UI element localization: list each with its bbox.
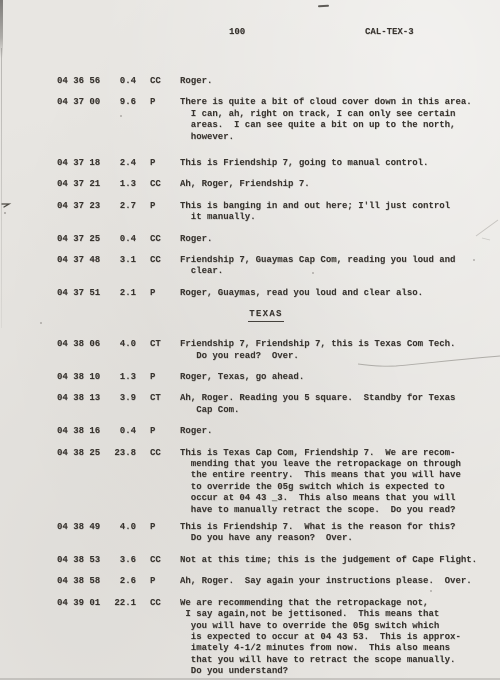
entry-time: 04 38 13 bbox=[57, 393, 107, 416]
entry-duration: 23.8 bbox=[107, 448, 136, 516]
entry-speaker: P bbox=[150, 288, 180, 299]
document-reference: CAL-TEX-3 bbox=[365, 27, 414, 38]
entry-speaker: P bbox=[150, 201, 180, 224]
pen-check-mark bbox=[0, 198, 14, 220]
section-heading-label: TEXAS bbox=[248, 309, 284, 322]
entry-time: 04 38 49 bbox=[57, 522, 107, 545]
transcript-entry: 04 38 10 1.3 P Roger, Texas, go ahead. bbox=[57, 372, 487, 383]
entry-text: Ah, Roger. Say again your instructions p… bbox=[180, 576, 487, 587]
entry-time: 04 37 21 bbox=[57, 179, 107, 190]
entry-speaker: P bbox=[150, 426, 180, 437]
transcript-entry: 04 37 51 2.1 P Roger, Guaymas, read you … bbox=[57, 288, 487, 299]
entry-speaker: P bbox=[150, 576, 180, 587]
entry-duration: 2.4 bbox=[107, 158, 136, 169]
entry-text: Not at this time; this is the judgement … bbox=[180, 555, 487, 566]
entry-speaker: CC bbox=[150, 448, 180, 516]
transcript-entry: 04 38 16 0.4 P Roger. bbox=[57, 426, 487, 437]
entry-text: Roger, Guaymas, read you loud and clear … bbox=[180, 288, 487, 299]
entry-duration: 0.4 bbox=[107, 76, 136, 87]
entry-time: 04 38 58 bbox=[57, 576, 107, 587]
entry-time: 04 37 51 bbox=[57, 288, 107, 299]
entry-time: 04 39 01 bbox=[57, 598, 107, 678]
entry-duration: 2.6 bbox=[107, 576, 136, 587]
transcript-entry: 04 38 58 2.6 P Ah, Roger. Say again your… bbox=[57, 576, 487, 587]
entry-text: Friendship 7, Friendship 7, this is Texa… bbox=[180, 339, 487, 362]
entry-time: 04 38 06 bbox=[57, 339, 107, 362]
transcript-entry: 04 36 56 0.4 CC Roger. bbox=[57, 76, 487, 87]
entry-text: This is banging in and out here; I'll ju… bbox=[180, 201, 487, 224]
scan-edge-shadow bbox=[0, 0, 3, 58]
entry-text: Roger. bbox=[180, 76, 487, 87]
transcript-entry: 04 37 25 0.4 CC Roger. bbox=[57, 234, 487, 245]
entry-duration: 2.7 bbox=[107, 201, 136, 224]
entry-duration: 0.4 bbox=[107, 426, 136, 437]
entry-speaker: CT bbox=[150, 339, 180, 362]
transcript-entry: 04 37 21 1.3 CC Ah, Roger, Friendship 7. bbox=[57, 179, 487, 190]
entry-speaker: CC bbox=[150, 76, 180, 87]
entry-text: We are recommending that the retropackag… bbox=[180, 598, 487, 678]
entry-time: 04 37 23 bbox=[57, 201, 107, 224]
transcript-entry: 04 37 48 3.1 CC Friendship 7, Guaymas Ca… bbox=[57, 255, 487, 278]
entry-time: 04 36 56 bbox=[57, 76, 107, 87]
entry-speaker: CC bbox=[150, 255, 180, 278]
transcript-entry: 04 38 25 23.8 CC This is Texas Cap Com, … bbox=[57, 448, 487, 516]
entry-duration: 22.1 bbox=[107, 598, 136, 678]
transcript-entry: 04 38 53 3.6 CC Not at this time; this i… bbox=[57, 555, 487, 566]
page-number: 100 bbox=[229, 27, 245, 38]
entry-duration: 4.0 bbox=[107, 339, 136, 362]
entry-text: Ah, Roger. Reading you 5 square. Standby… bbox=[180, 393, 487, 416]
transcript-entry: 04 38 49 4.0 P This is Friendship 7. Wha… bbox=[57, 522, 487, 545]
pen-dash-mark bbox=[318, 5, 329, 8]
entry-text: Friendship 7, Guaymas Cap Com, reading y… bbox=[180, 255, 487, 278]
entry-text: Ah, Roger, Friendship 7. bbox=[180, 179, 487, 190]
transcript-entry: 04 37 18 2.4 P This is Friendship 7, goi… bbox=[57, 158, 487, 169]
entry-speaker: CT bbox=[150, 393, 180, 416]
transcript-entry: 04 39 01 22.1 CC We are recommending tha… bbox=[57, 598, 487, 678]
transcript: 04 36 56 0.4 CC Roger. 04 37 00 9.6 P Th… bbox=[57, 76, 487, 680]
entry-duration: 3.9 bbox=[107, 393, 136, 416]
entry-time: 04 37 18 bbox=[57, 158, 107, 169]
transcript-entry: 04 37 00 9.6 P There is quite a bit of c… bbox=[57, 97, 487, 143]
entry-time: 04 38 53 bbox=[57, 555, 107, 566]
entry-duration: 0.4 bbox=[107, 234, 136, 245]
entry-text: Roger, Texas, go ahead. bbox=[180, 372, 487, 383]
entry-speaker: P bbox=[150, 97, 180, 143]
entry-text: Roger. bbox=[180, 426, 487, 437]
entry-speaker: CC bbox=[150, 234, 180, 245]
entry-duration: 9.6 bbox=[107, 97, 136, 143]
transcript-entry: 04 37 23 2.7 P This is banging in and ou… bbox=[57, 201, 487, 224]
entry-time: 04 37 48 bbox=[57, 255, 107, 278]
entry-time: 04 37 25 bbox=[57, 234, 107, 245]
entry-text: This is Texas Cap Com, Friendship 7. We … bbox=[180, 448, 487, 516]
entry-speaker: CC bbox=[150, 555, 180, 566]
entry-text: There is quite a bit of cloud cover down… bbox=[180, 97, 487, 143]
entry-time: 04 38 10 bbox=[57, 372, 107, 383]
entry-duration: 1.3 bbox=[107, 372, 136, 383]
entry-duration: 1.3 bbox=[107, 179, 136, 190]
entry-text: This is Friendship 7. What is the reason… bbox=[180, 522, 487, 545]
entry-speaker: P bbox=[150, 158, 180, 169]
entry-duration: 3.6 bbox=[107, 555, 136, 566]
entry-duration: 3.1 bbox=[107, 255, 136, 278]
entry-time: 04 37 00 bbox=[57, 97, 107, 143]
entry-speaker: CC bbox=[150, 179, 180, 190]
entry-time: 04 38 25 bbox=[57, 448, 107, 516]
transcript-entry: 04 38 06 4.0 CT Friendship 7, Friendship… bbox=[57, 339, 487, 362]
section-heading: TEXAS bbox=[57, 309, 487, 322]
entry-speaker: P bbox=[150, 522, 180, 545]
entry-text: This is Friendship 7, going to manual co… bbox=[180, 158, 487, 169]
entry-speaker: P bbox=[150, 372, 180, 383]
paper-speck bbox=[40, 322, 42, 324]
transcript-entry: 04 38 13 3.9 CT Ah, Roger. Reading you 5… bbox=[57, 393, 487, 416]
scan-edge-line bbox=[1, 48, 2, 328]
entry-text: Roger. bbox=[180, 234, 487, 245]
entry-duration: 4.0 bbox=[107, 522, 136, 545]
entry-time: 04 38 16 bbox=[57, 426, 107, 437]
entry-speaker: CC bbox=[150, 598, 180, 678]
entry-duration: 2.1 bbox=[107, 288, 136, 299]
